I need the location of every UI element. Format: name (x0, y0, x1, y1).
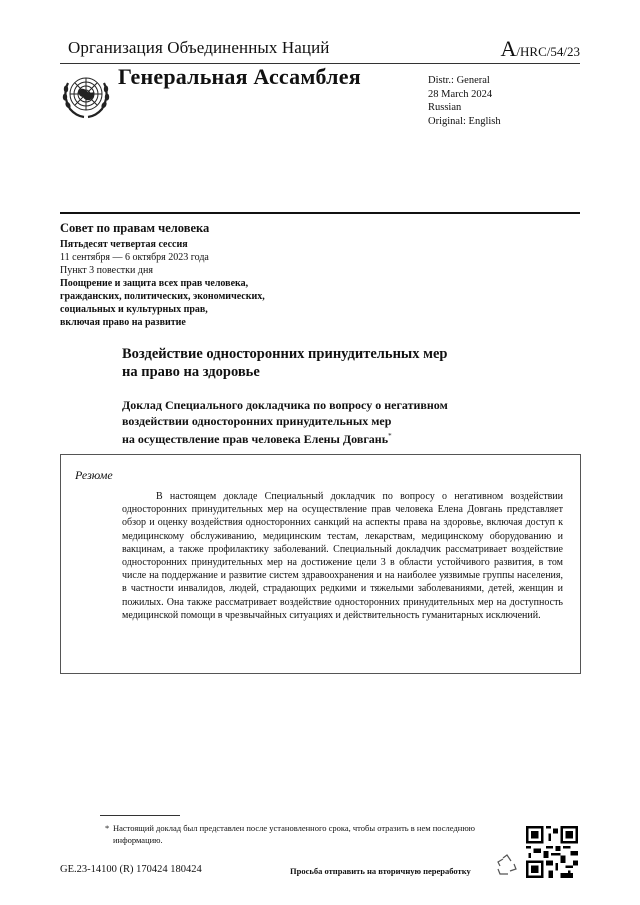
symbol-suffix: /HRC/54/23 (516, 44, 580, 59)
agenda-title-line: социальных и культурных прав, (60, 303, 265, 316)
section-rule (60, 212, 580, 214)
agenda-title-line: Поощрение и защита всех прав человека, (60, 277, 265, 290)
job-number: GE.23-14100 (R) 170424 180424 (60, 864, 202, 875)
subtitle-line: воздействии односторонних принудительных… (122, 414, 448, 430)
title-line: на право на здоровье (122, 363, 448, 381)
original-language: Original: English (428, 115, 501, 129)
session-name: Пятьдесят четвертая сессия (60, 238, 265, 251)
organization-name: Организация Объединенных Наций (68, 38, 330, 58)
footnote-star: * (105, 822, 109, 834)
footnote-text: Настоящий доклад был представлен после у… (113, 823, 475, 845)
session-block: Пятьдесят четвертая сессия 11 сентября —… (60, 238, 265, 329)
subtitle-line-text: на осуществление прав человека Елены Дов… (122, 432, 388, 446)
footnote-marker[interactable]: * (388, 432, 392, 440)
agenda-title-line: включая право на развитие (60, 316, 265, 329)
summary-label: Резюме (75, 468, 113, 483)
council-name: Совет по правам человека (60, 221, 209, 236)
recycle-icon (494, 852, 520, 878)
qr-code-icon (526, 826, 578, 878)
report-subtitle: Доклад Специального докладчика по вопрос… (122, 398, 448, 448)
agenda-item: Пункт 3 повестки дня (60, 264, 265, 277)
recycle-text: Просьба отправить на вторичную переработ… (290, 866, 471, 876)
document-language: Russian (428, 101, 501, 115)
distribution-block: Distr.: General 28 March 2024 Russian Or… (428, 74, 501, 128)
subtitle-line: на осуществление прав человека Елены Дов… (122, 429, 448, 448)
distribution-type: Distr.: General (428, 74, 501, 88)
symbol-prefix: A (501, 36, 517, 61)
title-line: Воздействие односторонних принудительных… (122, 345, 448, 363)
distribution-date: 28 March 2024 (428, 88, 501, 102)
summary-text: В настоящем докладе Специальный докладчи… (122, 490, 563, 622)
body-name: Генеральная Ассамблея (118, 64, 361, 90)
subtitle-line: Доклад Специального докладчика по вопрос… (122, 398, 448, 414)
document-title: Воздействие односторонних принудительных… (122, 345, 448, 381)
footnote-rule (100, 815, 180, 816)
un-emblem-icon (60, 69, 112, 121)
agenda-title-line: гражданских, политических, экономических… (60, 290, 265, 303)
session-dates: 11 сентября — 6 октября 2023 года (60, 251, 265, 264)
document-symbol: A/HRC/54/23 (501, 36, 580, 62)
footnote: * Настоящий доклад был представлен после… (113, 822, 523, 846)
